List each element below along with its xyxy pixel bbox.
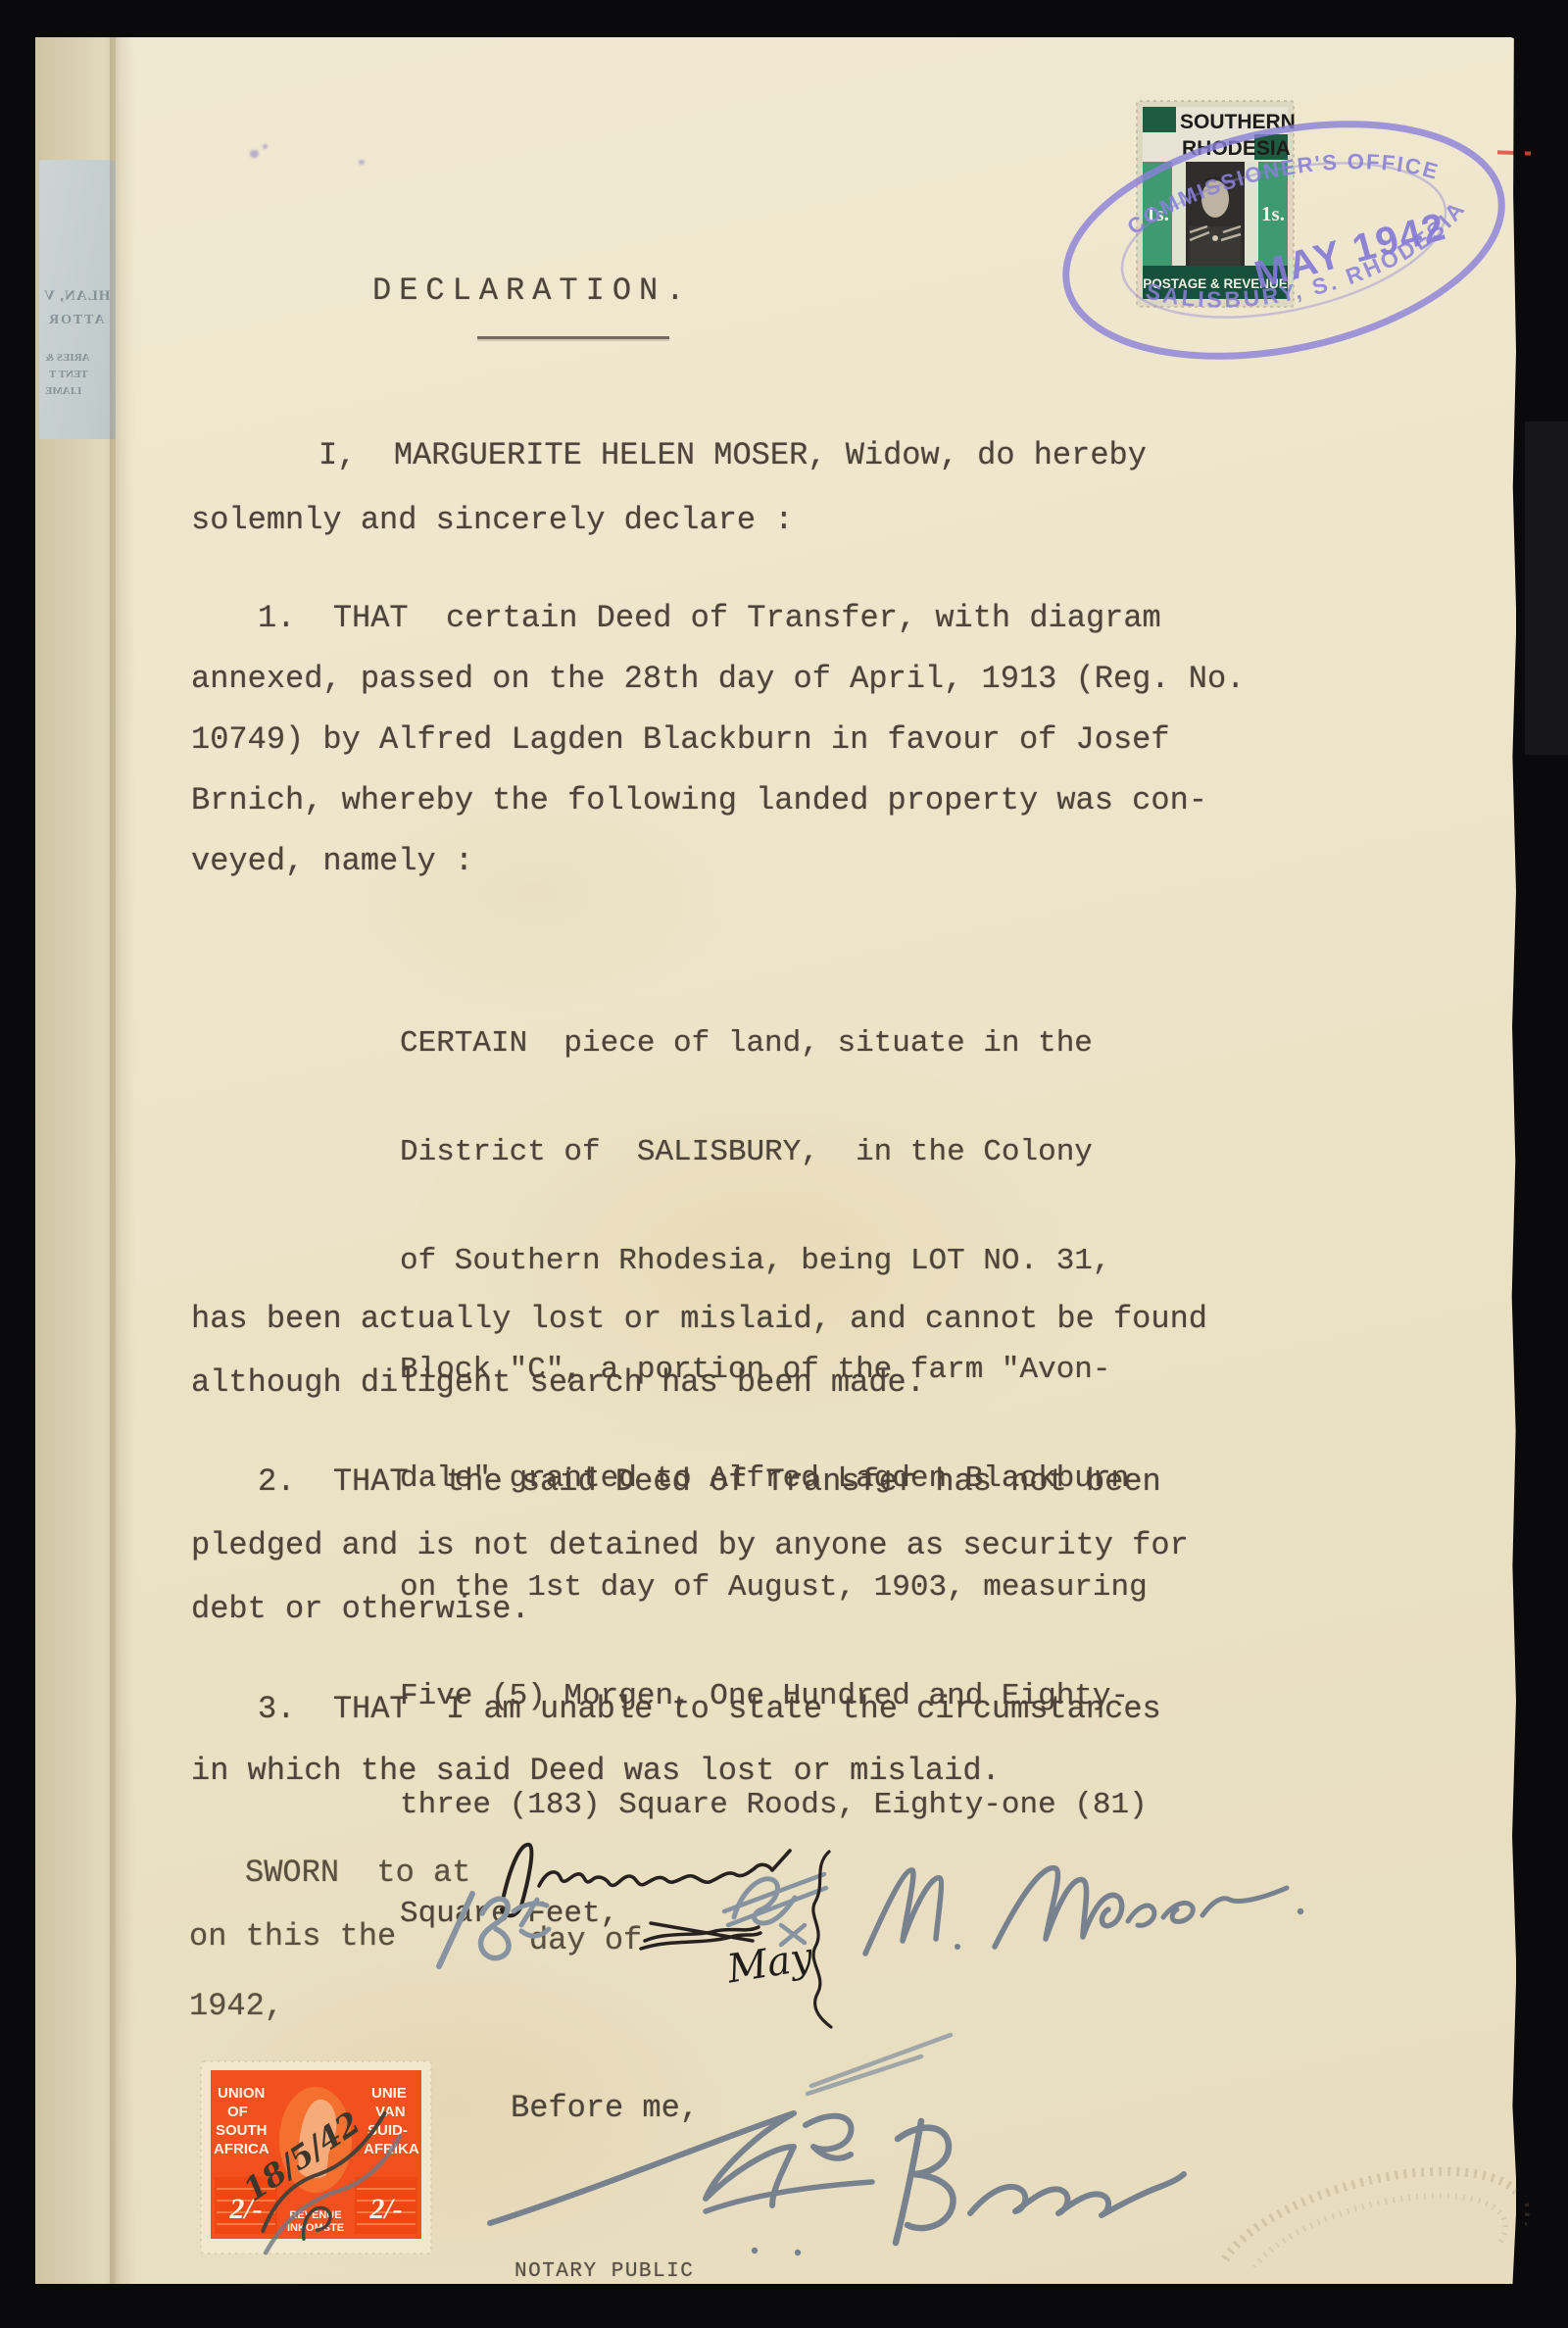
para1-line2: annexed, passed on the 28th day of April… [191,661,1245,697]
para1-line3: 10749) by Alfred Lagden Blackburn in fav… [191,721,1170,758]
para1-line1: 1. THAT certain Deed of Transfer, with d… [258,600,1161,636]
ink-speck [250,150,259,158]
lost-clause-line2: although diligent search has been made. [191,1364,925,1401]
para3-line2: in which the said Deed was lost or misla… [191,1753,1001,1789]
lost-clause-line1: has been actually lost or mislaid, and c… [191,1301,1207,1337]
revenue-value-right: 2/- [368,2193,402,2225]
revenue-left-3: SOUTH [216,2122,268,2139]
notary-signature [461,2096,1205,2267]
blue-paper-mirrored-line2: ATTOR [47,312,105,329]
blue-paper-mirrored-line1: HLAN, V [43,287,110,306]
revenue-left-4: AFRICA [214,2141,269,2157]
background-paper-block [1521,421,1568,755]
blue-paper-mirrored-line3: ARIES & [45,352,90,366]
page-fold-shadow [110,37,135,2286]
para1-line5: veyed, namely : [191,843,473,879]
document-title: DECLARATION. [372,272,692,309]
revenue-left-2: OF [227,2104,248,2120]
scanned-document: HLAN, V ATTOR ARIES & TENT T LIAME DECLA… [0,0,1568,2328]
ink-speck [263,144,268,149]
para2-line2: pledged and is not detained by anyone as… [191,1527,1189,1563]
para3-line1: 3. THAT I am unable to state the circums… [258,1691,1161,1727]
ink-speck [359,160,365,165]
title-underline [477,336,669,339]
scan-bottom-edge [0,2284,1568,2328]
blue-paper-mirrored-line5: LIAME [45,385,81,399]
property-line: CERTAIN piece of land, situate in the [400,1025,1148,1062]
notary-public-caption: NOTARY PUBLIC [514,2260,694,2283]
embossed-seal [1205,2161,1539,2289]
revenue-bottom-2: INKOMSTE [287,2222,344,2234]
handwritten-day-18th [427,1880,555,1973]
revenue-stamp: UNION OF SOUTH AFRICA UNIE VAN SUID- AFR… [201,2061,431,2254]
stray-pencil-strokes [804,2017,960,2096]
para2-line1: 2. THAT the said Deed of Transfer has no… [258,1463,1161,1500]
sworn-line2-left: on this the [189,1918,396,1955]
revenue-left-1: UNION [218,2085,265,2102]
para1-line4: Brnich, whereby the following landed pro… [191,782,1207,818]
sworn-line3: 1942, [189,1988,283,2024]
revenue-right-1: UNIE [371,2085,407,2102]
property-line: three (183) Square Roods, Eighty-one (81… [400,1787,1148,1823]
declarant-signature [848,1831,1318,1968]
opening-line-2: solemnly and sincerely declare : [191,502,794,538]
para2-line3: debt or otherwise. [191,1591,530,1627]
blue-paper-mirrored-line4: TENT T [49,369,88,382]
property-line: of Southern Rhodesia, being LOT NO. 31, [400,1243,1148,1279]
property-line: District of SALISBURY, in the Colony [400,1134,1148,1170]
hand-drawn-brace [802,1849,843,2031]
opening-line-1: I, MARGUERITE HELEN MOSER, Widow, do her… [318,437,1147,473]
